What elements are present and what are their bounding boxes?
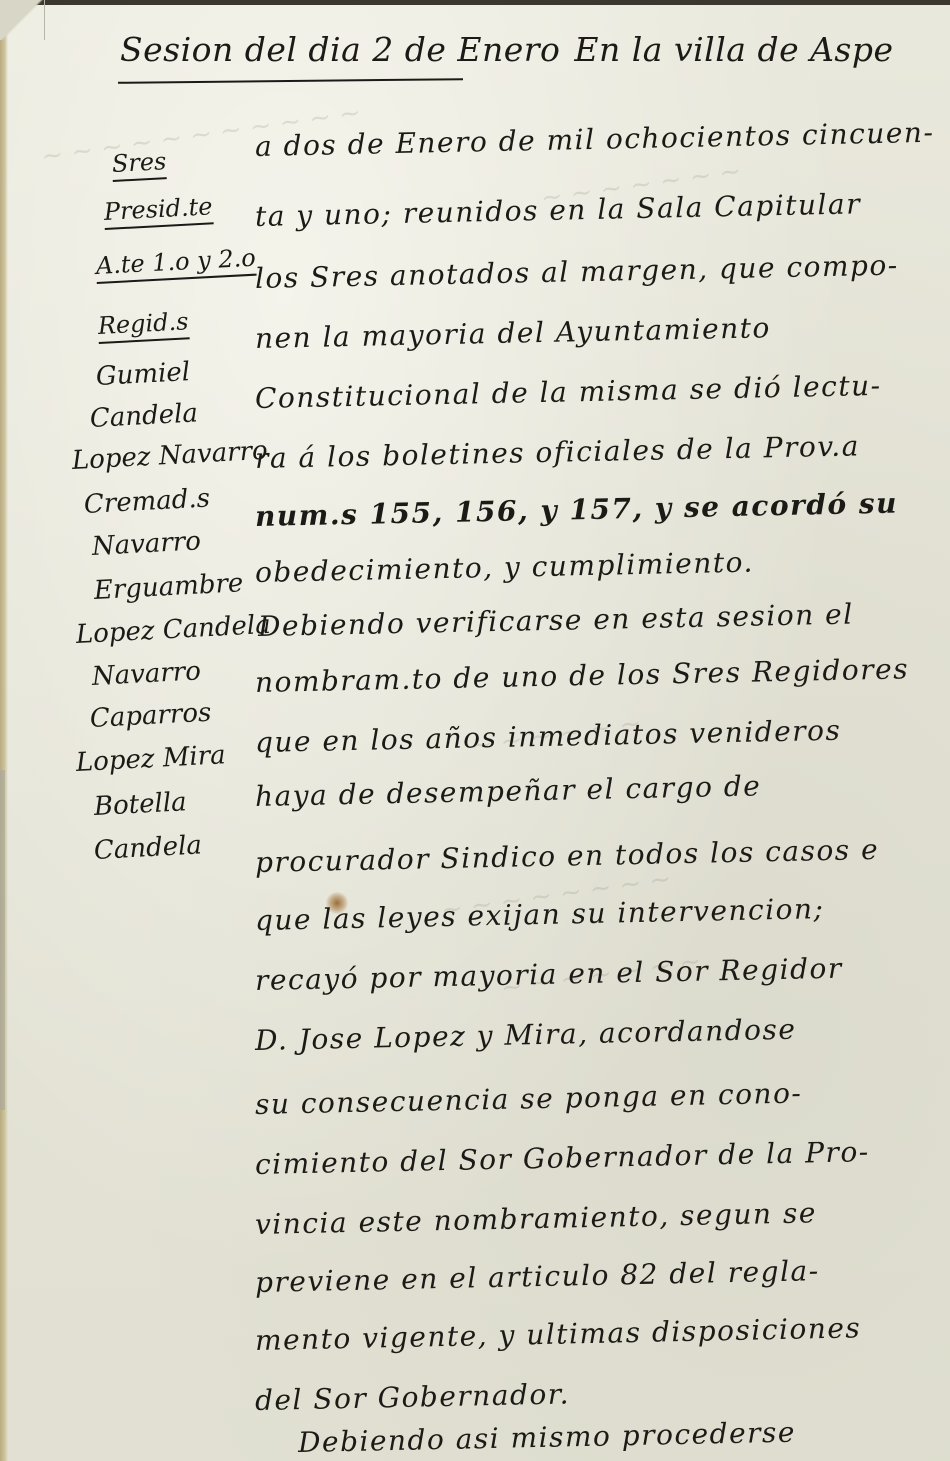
margin-entry-name: Lopez Navarro bbox=[71, 436, 268, 476]
margin-entry-alcaldes: A.te 1.o y 2.o bbox=[95, 244, 256, 284]
body-line: Constitucional de la misma se dió lectu- bbox=[255, 369, 882, 415]
margin-entry-name: Lopez Candela bbox=[75, 610, 271, 650]
body-line-paragraph-start: Debiendo verificarse en esta sesion el bbox=[258, 598, 854, 643]
margin-attendees: Sres Presid.te A.te 1.o y 2.o Regid.s Gu… bbox=[0, 0, 250, 1461]
margin-entry-name: Navarro bbox=[91, 526, 201, 562]
heading-continuation: En la villa de Aspe bbox=[574, 30, 893, 69]
body-line: los Sres anotados al margen, que compo- bbox=[255, 249, 899, 295]
body-line: a dos de Enero de mil ochocientos cincue… bbox=[255, 116, 935, 163]
body-line-paragraph-start: Debiendo asi mismo procederse bbox=[298, 1416, 797, 1459]
margin-entry-sres: Sres bbox=[111, 147, 167, 182]
body-line: mento vigente, y ultimas disposiciones bbox=[255, 1311, 862, 1357]
margin-entry-regidores: Regid.s bbox=[97, 307, 189, 344]
margin-entry-name: Candela bbox=[93, 830, 202, 866]
manuscript-page: ~ ~ ~ ~ ~ ~ ~ ~ ~ ~ ~ ~ ~ ~ ~ ~ ~ ~ ~ ~ … bbox=[0, 0, 950, 1461]
body-line: D. Jose Lopez y Mira, acordandose bbox=[255, 1013, 797, 1057]
body-line: ra á los boletines oficiales de la Prov.… bbox=[255, 429, 861, 475]
body-line: que en los años inmediatos venideros bbox=[255, 714, 842, 759]
margin-entry-presidente: Presid.te bbox=[103, 192, 213, 230]
margin-entry-name: Erguambre bbox=[93, 568, 244, 606]
body-line: obedecimiento, y cumplimiento. bbox=[255, 546, 755, 589]
body-line: procurador Sindico en todos los casos e bbox=[255, 833, 880, 879]
margin-entry-name: Gumiel bbox=[95, 357, 191, 392]
margin-entry-name: Navarro bbox=[91, 656, 201, 692]
body-line: previene en el articulo 82 del regla- bbox=[255, 1254, 820, 1299]
body-line: del Sor Gobernador. bbox=[255, 1377, 571, 1417]
body-line: su consecuencia se ponga en cono- bbox=[255, 1077, 803, 1121]
margin-entry-name: Lopez Mira bbox=[75, 740, 226, 778]
body-line: ta y uno; reunidos en la Sala Capitular bbox=[255, 187, 862, 233]
body-line: cimiento del Sor Gobernador de la Pro- bbox=[255, 1135, 870, 1181]
body-line: haya de desempeñar el cargo de bbox=[255, 769, 762, 813]
body-line: nen la mayoria del Ayuntamiento bbox=[255, 311, 772, 355]
body-line: nombram.to de uno de los Sres Regidores bbox=[255, 652, 910, 699]
margin-entry-name: Candela bbox=[89, 398, 198, 434]
margin-entry-name: Cremad.s bbox=[83, 483, 211, 520]
body-line: vincia este nombramiento, segun se bbox=[255, 1196, 818, 1241]
margin-entry-name: Caparros bbox=[89, 698, 212, 734]
body-line-bulletin-numbers: num.s 155, 156, y 157, y se acordó su bbox=[255, 487, 899, 533]
body-line: recayó por mayoria en el Sor Regidor bbox=[255, 952, 843, 997]
margin-entry-name: Botella bbox=[93, 787, 187, 822]
